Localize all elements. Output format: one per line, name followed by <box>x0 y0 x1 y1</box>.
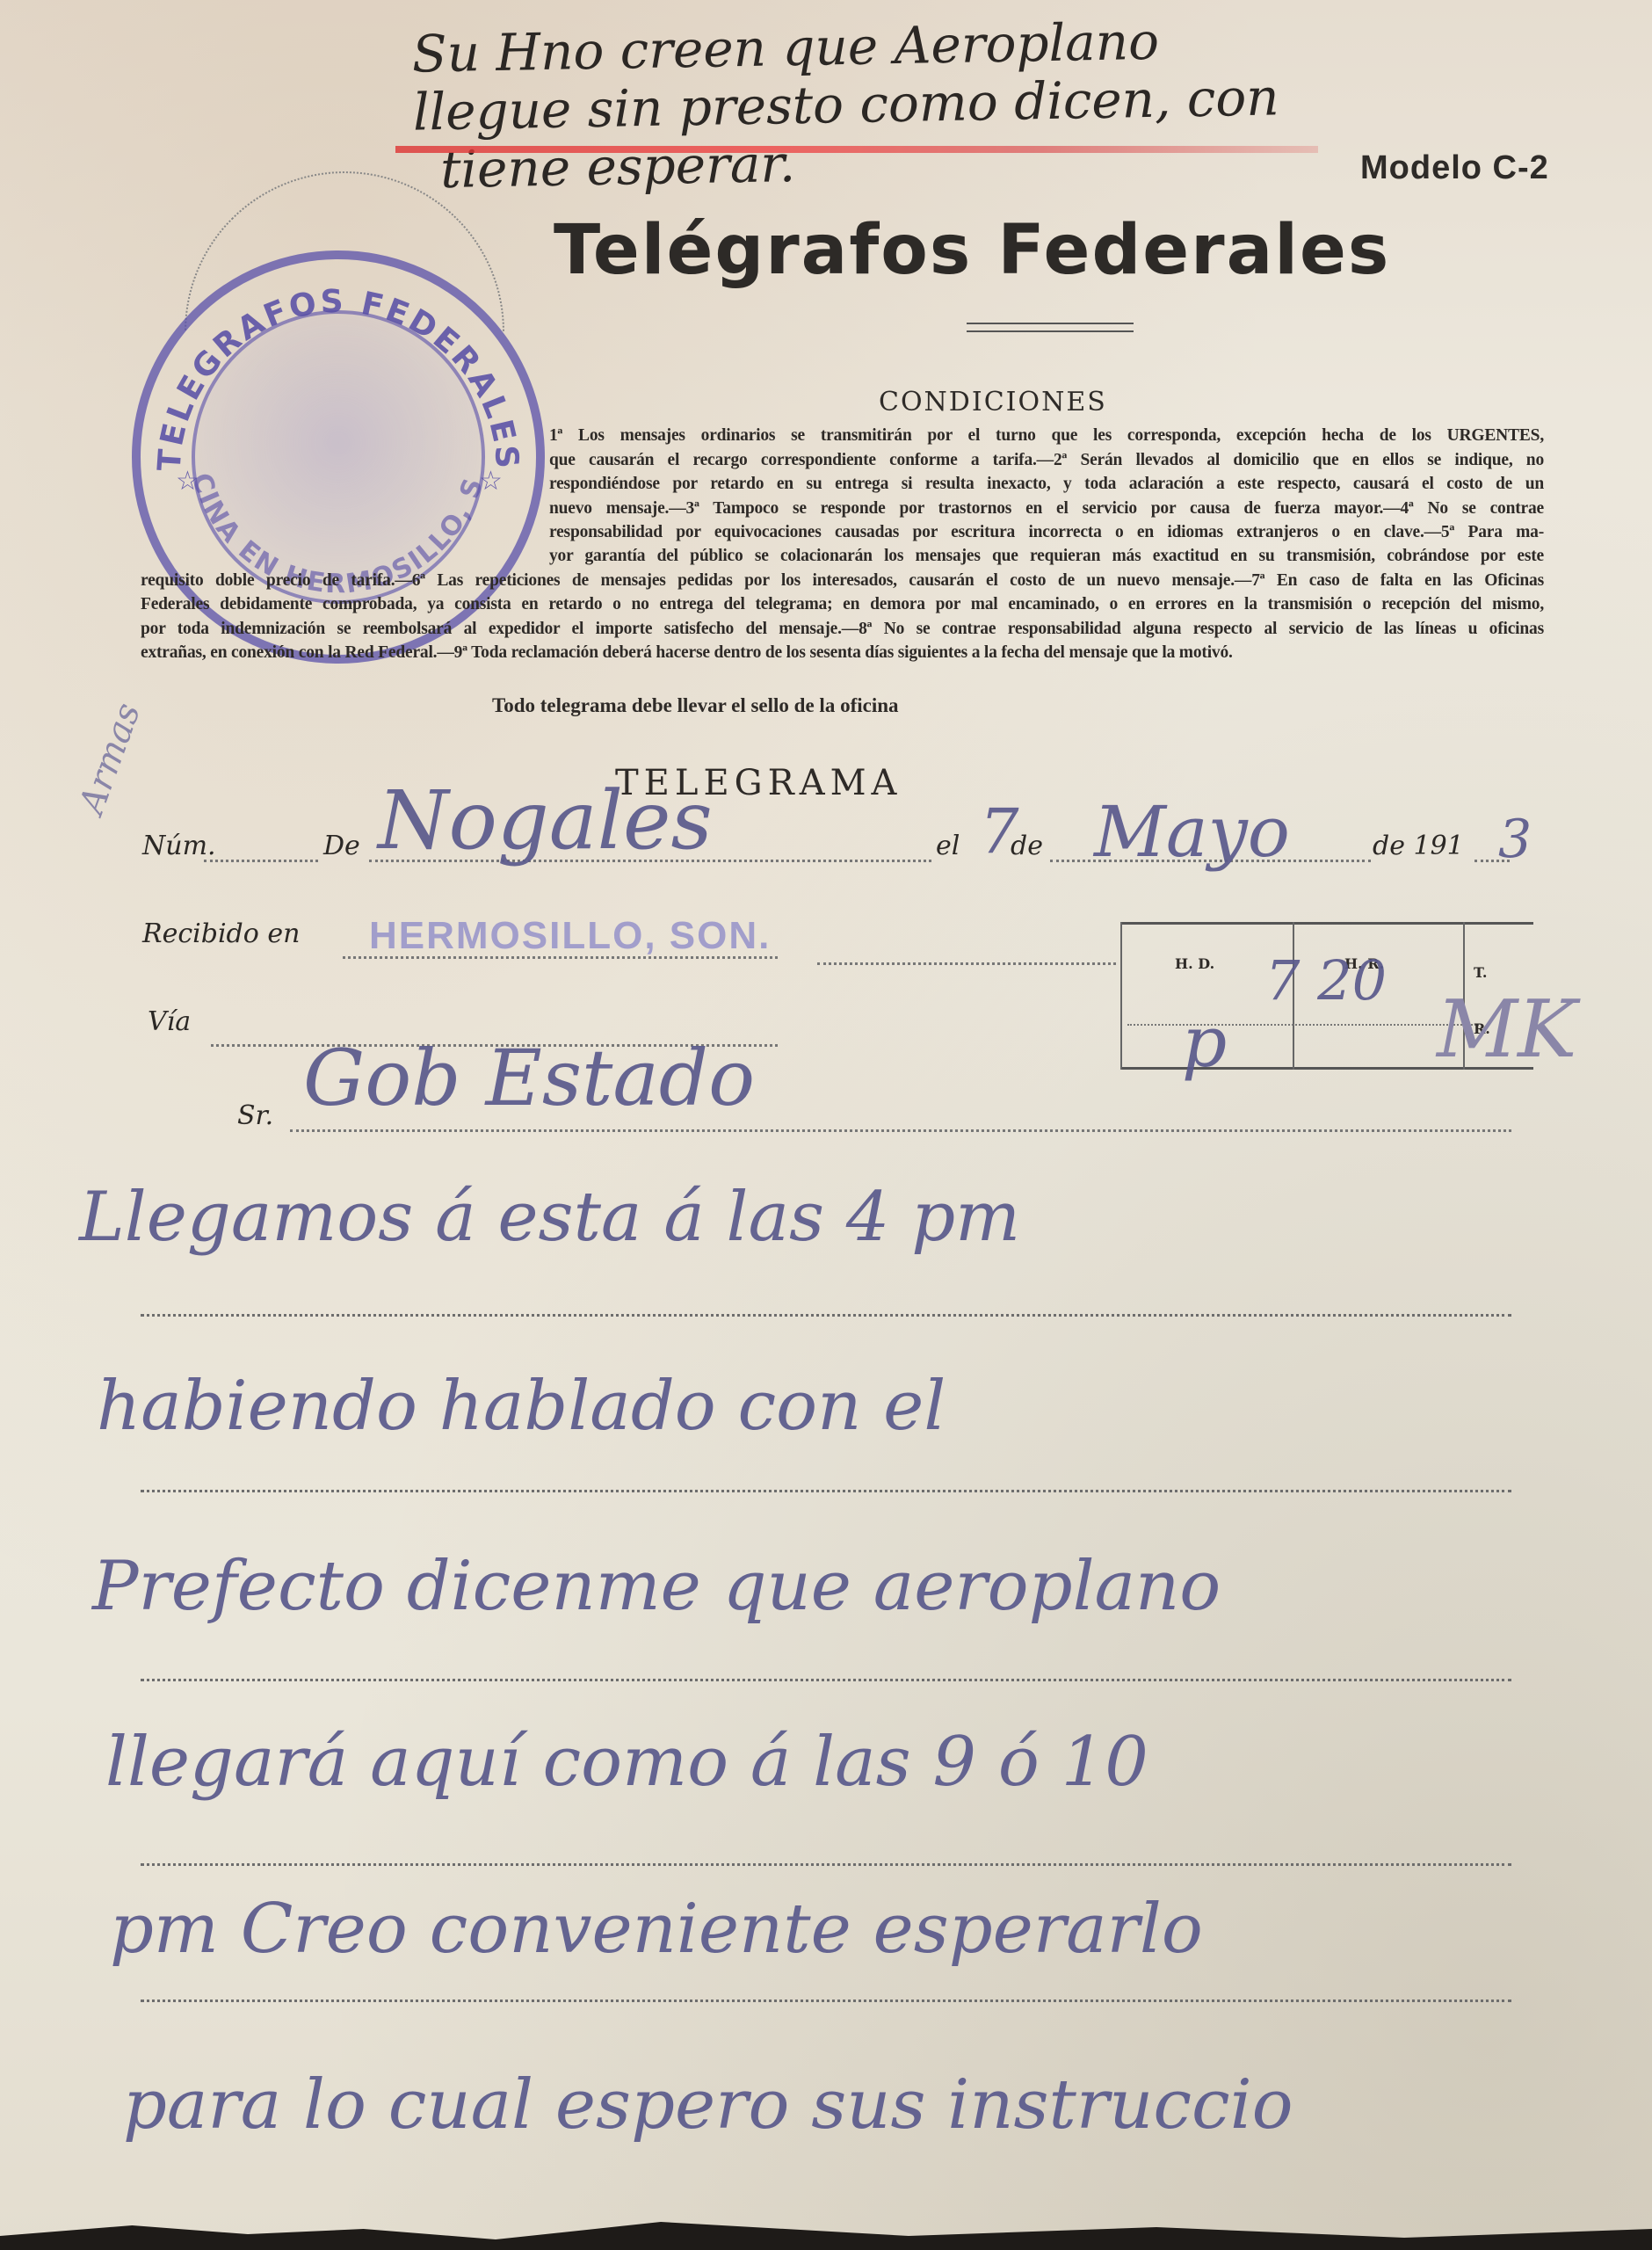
svg-text:TELEGRAFOS FEDERALES: TELEGRAFOS FEDERALES <box>152 284 525 473</box>
message-rule <box>141 1314 1511 1317</box>
message-rule <box>141 1490 1511 1492</box>
condition-line: Federales debidamente comprobada, ya con… <box>141 592 1544 617</box>
received-at-label: Recibido en <box>142 918 300 949</box>
via-label: Vía <box>148 1006 191 1037</box>
message-rule <box>141 1679 1511 1681</box>
condition-line: nuevo mensaje.—3ª Tampoco se responde po… <box>549 497 1544 521</box>
message-line-5: pm Creo conveniente esperarlo <box>110 1890 1203 1969</box>
condition-line: respondiéndose por retardo en su entrega… <box>549 472 1544 497</box>
message-line-2: habiendo hablado con el <box>97 1367 946 1446</box>
box-divider <box>1127 1024 1479 1026</box>
received-at-field-line-2 <box>817 962 1116 965</box>
conditions-text-full: yor garantía del público se colacionarán… <box>141 544 1544 665</box>
form-model-label: Modelo C-2 <box>1360 149 1549 187</box>
telegram-sheet: Su Hno creen que Aeroplano llegue sin pr… <box>0 0 1652 2250</box>
year-suffix-value: 3 <box>1498 809 1532 870</box>
addressee-field-line <box>290 1129 1511 1132</box>
date-de-label: de <box>1011 831 1043 861</box>
condition-line: por toda indemnización se reembolsará al… <box>141 617 1544 642</box>
month-value: Mayo <box>1094 791 1290 873</box>
condition-line: responsabilidad por equivocaciones causa… <box>549 520 1544 545</box>
date-el-label: el <box>936 831 960 861</box>
red-pencil-underline <box>395 146 1318 153</box>
year-prefix: de 191 <box>1373 831 1464 861</box>
title-divider <box>967 323 1134 324</box>
star-icon: ☆ <box>479 467 503 496</box>
time-record-box: H. D. H. R. T. R. 7 20 p MK <box>1120 922 1533 1070</box>
operator-initials: MK <box>1437 983 1576 1076</box>
hd-label: H. D. <box>1175 955 1214 972</box>
message-line-3: Prefecto dicenme que aeroplano <box>92 1547 1221 1626</box>
num-label: Núm. <box>142 831 216 861</box>
condition-line: 1ª Los mensajes ordinarios se transmitir… <box>549 424 1544 448</box>
condition-line: yor garantía del público se colacionarán… <box>141 544 1544 569</box>
conditions-text-right: 1ª Los mensajes ordinarios se transmitir… <box>549 424 1544 545</box>
num-field-line <box>204 860 318 862</box>
marginal-handwritten-note: Su Hno creen que Aeroplano llegue sin pr… <box>411 10 1280 199</box>
margin-vertical-note: Armas <box>71 698 149 819</box>
torn-paper-edge <box>0 2215 1652 2250</box>
box-border <box>1120 922 1533 925</box>
title-divider <box>967 330 1134 332</box>
addressee-value: Gob Estado <box>303 1033 755 1123</box>
condition-line: requisito doble precio de tarifa.—6ª Las… <box>141 569 1544 593</box>
hr-value: 7 20 <box>1265 948 1387 1012</box>
message-rule <box>141 2000 1511 2002</box>
from-value: Nogales <box>378 773 713 867</box>
t-label: T. <box>1474 964 1487 981</box>
conditions-heading: CONDICIONES <box>879 387 1107 417</box>
received-at-stamp: HERMOSILLO, SON. <box>369 914 771 958</box>
message-rule <box>141 1863 1511 1866</box>
box-border <box>1120 922 1122 1070</box>
star-icon: ☆ <box>176 467 199 496</box>
condition-line: que causarán el recargo correspondiente … <box>549 448 1544 473</box>
hd-value: p <box>1182 1001 1227 1083</box>
page-title: Telégrafos Federales <box>554 211 1390 290</box>
message-line-1: Llegamos á esta á las 4 pm <box>79 1178 1020 1257</box>
seal-notice: Todo telegrama debe llevar el sello de l… <box>492 694 899 717</box>
addressee-label: Sr. <box>237 1100 273 1131</box>
from-label: De <box>323 831 360 861</box>
message-line-6: para lo cual espero sus instruccio <box>123 2065 1293 2145</box>
condition-line: extrañas, en conexión con la Red Federal… <box>141 641 1544 665</box>
message-line-4: llegará aquí como á las 9 ó 10 <box>105 1723 1148 1802</box>
